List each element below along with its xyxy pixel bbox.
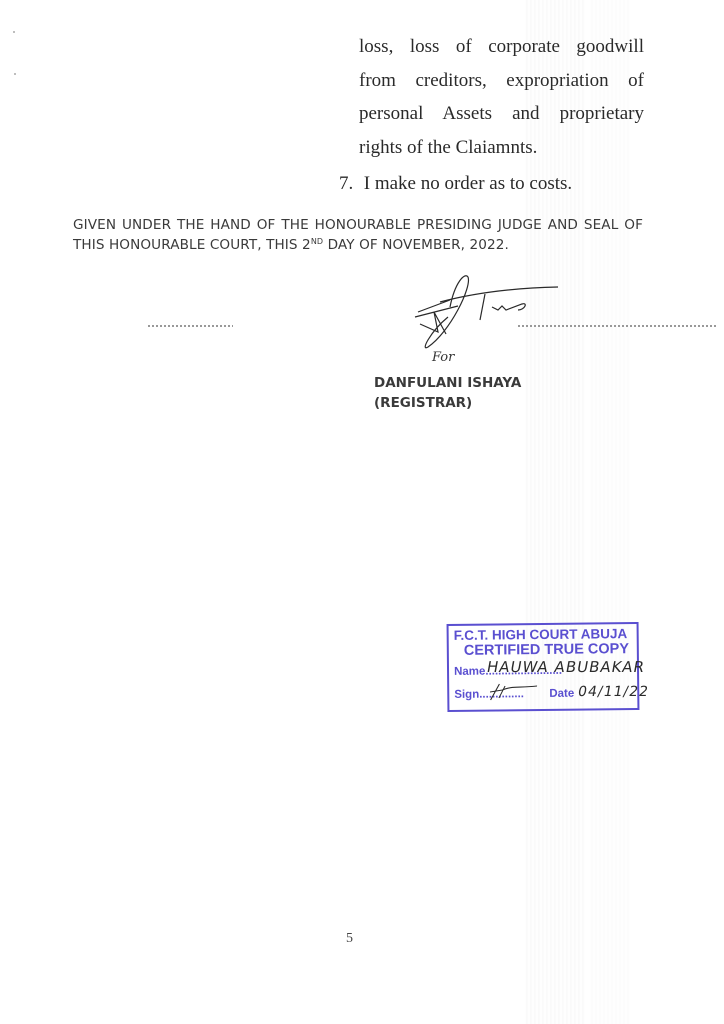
stamp-certified: CERTIFIED TRUE COPY [464, 641, 629, 659]
registrar-name: DANFULANI ISHAYA [374, 373, 521, 393]
stamp-signature [486, 680, 540, 704]
item-number: 7. [339, 172, 359, 196]
handwritten-date: 04/11/22 [577, 684, 651, 700]
order-item-7: 7. I make no order as to costs. [339, 172, 572, 196]
item-text: I make no order as to costs. [364, 173, 572, 194]
text-line: personal Assets and proprietary [359, 97, 644, 131]
given-text-end: DAY OF NOVEMBER, 2022. [323, 237, 509, 253]
page-number: 5 [346, 931, 353, 947]
registrar-title: (REGISTRAR) [374, 393, 521, 413]
for-label: For [432, 350, 454, 365]
scan-dotted-line [148, 325, 233, 327]
scan-speck [13, 31, 15, 33]
ordinal-superscript: ND [311, 237, 323, 246]
handwritten-name: HAUWA ABUBAKAR [485, 658, 646, 676]
given-clause: GIVEN UNDER THE HAND OF THE HONOURABLE P… [73, 217, 643, 253]
text-line: from creditors, expropriation of [359, 64, 644, 98]
text-line: rights of the Claiamnts. [359, 131, 644, 165]
registrar-block: DANFULANI ISHAYA (REGISTRAR) [374, 373, 521, 413]
scan-speck [14, 73, 16, 75]
paragraph-continuation: loss, loss of corporate goodwill from cr… [359, 30, 644, 164]
text-line: loss, loss of corporate goodwill [359, 30, 644, 64]
stamp-date-label: Date [549, 688, 574, 700]
registrar-signature [410, 272, 560, 352]
